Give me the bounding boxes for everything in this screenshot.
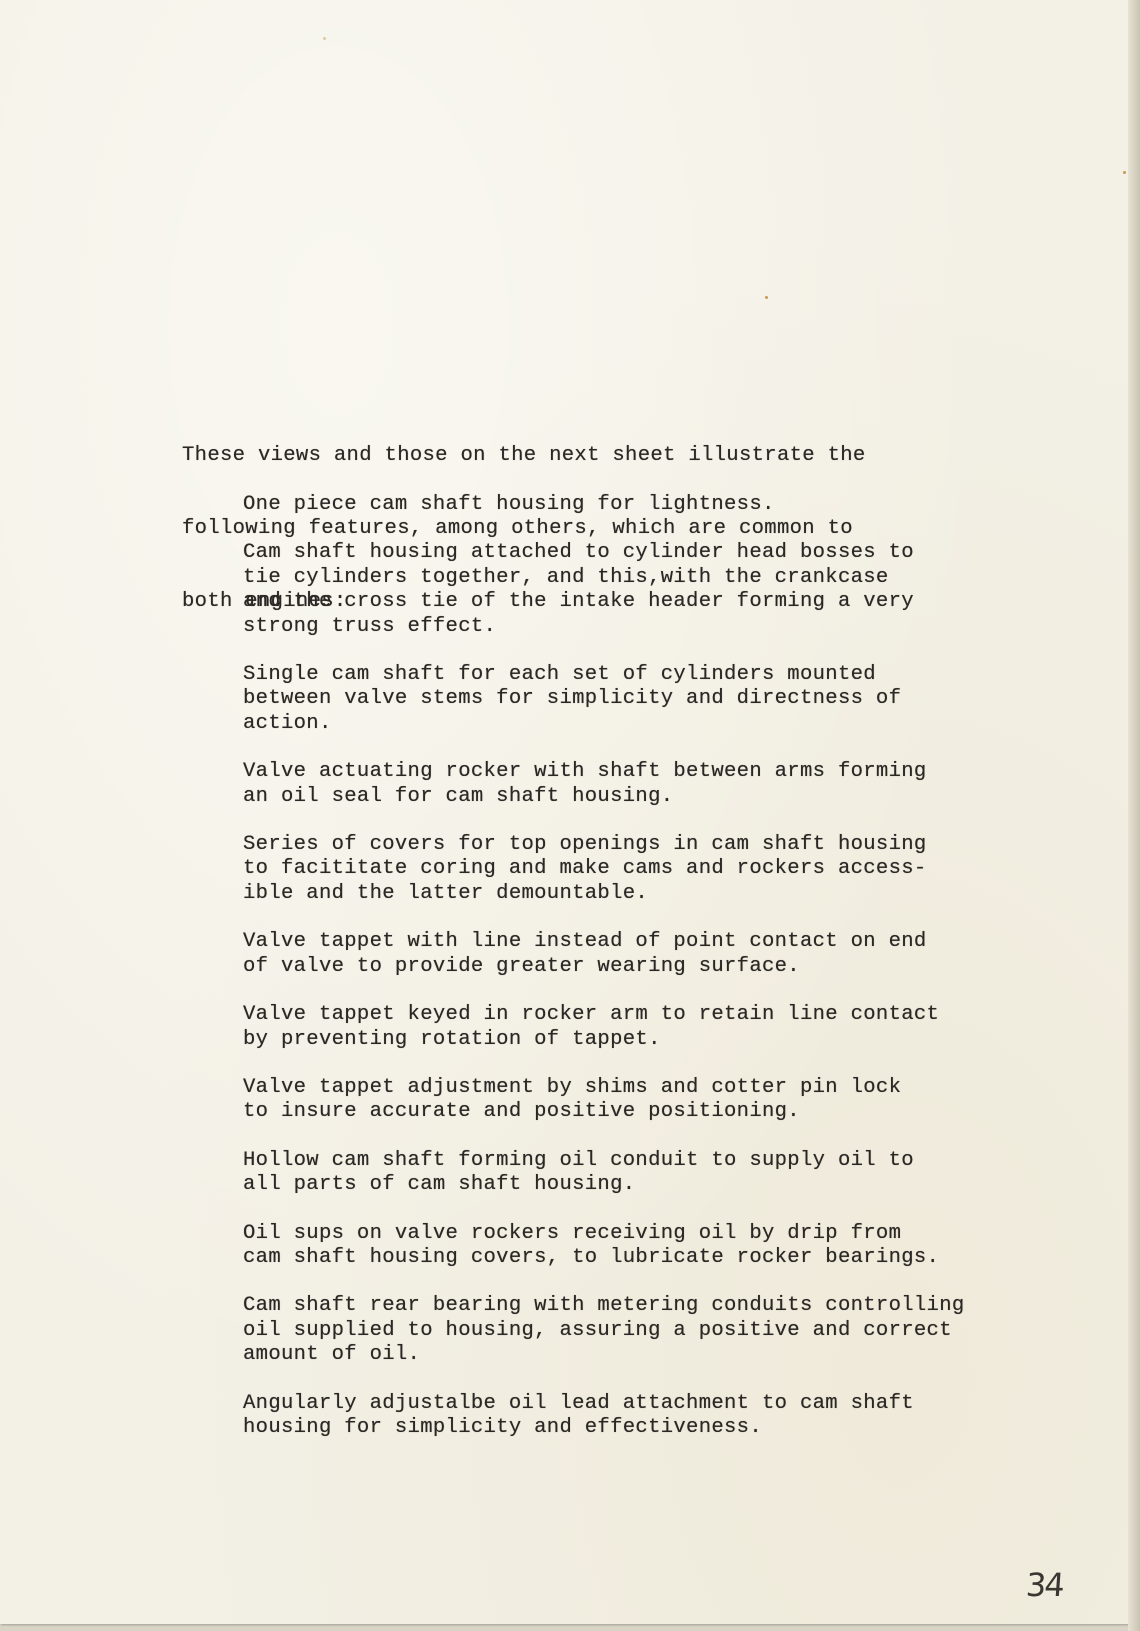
feature-line: to facititate coring and make cams and r… xyxy=(243,857,965,881)
feature-line: strong truss effect. xyxy=(243,615,965,639)
feature-line: Valve tappet keyed in rocker arm to reta… xyxy=(243,1003,965,1027)
feature-line: Valve actuating rocker with shaft betwee… xyxy=(243,760,965,784)
feature-item: Cam shaft housing attached to cylinder h… xyxy=(243,541,965,639)
feature-line: cam shaft housing covers, to lubricate r… xyxy=(243,1246,965,1270)
paper-speck xyxy=(1123,171,1126,174)
feature-line: Angularly adjustalbe oil lead attachment… xyxy=(243,1392,965,1416)
paper-speck xyxy=(765,296,768,299)
typed-page: These views and those on the next sheet … xyxy=(0,0,1128,1624)
feature-line: action. xyxy=(243,712,965,736)
feature-line: Cam shaft housing attached to cylinder h… xyxy=(243,541,965,565)
feature-line: an oil seal for cam shaft housing. xyxy=(243,785,965,809)
feature-item: One piece cam shaft housing for lightnes… xyxy=(243,493,965,517)
page-edge xyxy=(1128,0,1140,1631)
page-number: 34 xyxy=(1025,1566,1064,1604)
feature-line: of valve to provide greater wearing surf… xyxy=(243,955,965,979)
feature-line: by preventing rotation of tappet. xyxy=(243,1028,965,1052)
feature-line: and the cross tie of the intake header f… xyxy=(243,590,965,614)
feature-line: amount of oil. xyxy=(243,1343,965,1367)
feature-line: Oil sups on valve rockers receiving oil … xyxy=(243,1222,965,1246)
feature-line: Single cam shaft for each set of cylinde… xyxy=(243,663,965,687)
feature-line: Cam shaft rear bearing with metering con… xyxy=(243,1294,965,1318)
feature-item: Valve tappet keyed in rocker arm to reta… xyxy=(243,1003,965,1052)
intro-line: These views and those on the next sheet … xyxy=(182,444,866,468)
feature-item: Oil sups on valve rockers receiving oil … xyxy=(243,1222,965,1271)
feature-item: Series of covers for top openings in cam… xyxy=(243,833,965,906)
feature-line: Valve tappet with line instead of point … xyxy=(243,930,965,954)
feature-line: between valve stems for simplicity and d… xyxy=(243,687,965,711)
feature-item: Valve tappet adjustment by shims and cot… xyxy=(243,1076,965,1125)
feature-line: to insure accurate and positive position… xyxy=(243,1100,965,1124)
feature-item: Hollow cam shaft forming oil conduit to … xyxy=(243,1149,965,1198)
feature-line: tie cylinders together, and this,with th… xyxy=(243,566,965,590)
feature-item: Single cam shaft for each set of cylinde… xyxy=(243,663,965,736)
paper-speck xyxy=(323,37,326,40)
feature-line: housing for simplicity and effectiveness… xyxy=(243,1416,965,1440)
feature-item: Valve tappet with line instead of point … xyxy=(243,930,965,979)
feature-line: ible and the latter demountable. xyxy=(243,882,965,906)
feature-line: Hollow cam shaft forming oil conduit to … xyxy=(243,1149,965,1173)
feature-list: One piece cam shaft housing for lightnes… xyxy=(243,493,965,1464)
feature-line: all parts of cam shaft housing. xyxy=(243,1173,965,1197)
feature-line: One piece cam shaft housing for lightnes… xyxy=(243,493,965,517)
feature-item: Angularly adjustalbe oil lead attachment… xyxy=(243,1392,965,1441)
feature-item: Cam shaft rear bearing with metering con… xyxy=(243,1294,965,1367)
feature-line: Series of covers for top openings in cam… xyxy=(243,833,965,857)
feature-line: Valve tappet adjustment by shims and cot… xyxy=(243,1076,965,1100)
feature-line: oil supplied to housing, assuring a posi… xyxy=(243,1319,965,1343)
feature-item: Valve actuating rocker with shaft betwee… xyxy=(243,760,965,809)
